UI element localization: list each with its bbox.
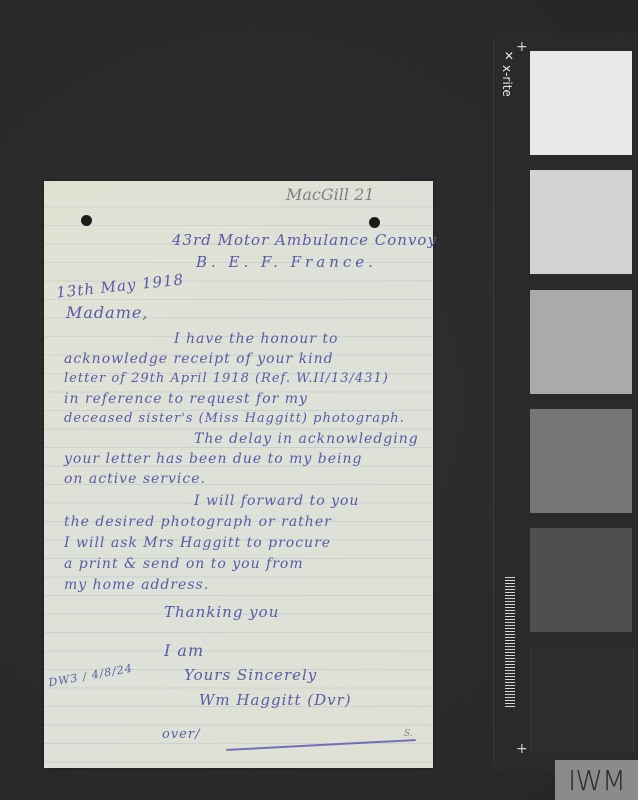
- gray-patch-1: [530, 51, 632, 155]
- crosshair-icon: +: [516, 39, 528, 55]
- xrite-brand: ✕ x-rite: [500, 47, 520, 127]
- letter-closing-i-am: I am: [164, 641, 204, 660]
- page-mark: S.: [404, 729, 413, 739]
- xrite-logo-icon: ✕: [504, 49, 514, 63]
- gray-patch-4: [530, 409, 632, 513]
- body-line: my home address.: [64, 577, 209, 593]
- body-line: I will forward to you: [194, 493, 359, 509]
- body-line: on active service.: [64, 471, 206, 487]
- punch-hole-right: [369, 217, 380, 228]
- color-checker-card: ✕ x-rite + +: [493, 33, 638, 773]
- letter-sheet: MacGill 21 43rd Motor Ambulance Convoy B…: [44, 181, 433, 768]
- gray-patch-5: [530, 528, 632, 632]
- letter-header-location: B. E. F. France.: [196, 253, 377, 271]
- xrite-brand-text: x-rite: [500, 65, 514, 97]
- margin-note: DW3 / 4/8/24: [48, 662, 134, 690]
- body-line: your letter has been due to my being: [64, 451, 363, 467]
- body-line: a print & send on to you from: [64, 556, 304, 572]
- letter-signature: Wm Haggitt (Dvr): [199, 691, 352, 709]
- letter-header-unit: 43rd Motor Ambulance Convoy: [172, 231, 437, 249]
- punch-hole-left: [81, 215, 92, 226]
- over-note: over/: [162, 727, 200, 742]
- gray-patch-2: [530, 170, 632, 274]
- body-line: acknowledge receipt of your kind: [64, 351, 334, 367]
- gray-patch-6: [530, 647, 634, 751]
- body-line: letter of 29th April 1918 (Ref. W.II/13/…: [64, 371, 389, 386]
- crosshair-icon: +: [516, 741, 528, 757]
- flourish-line: [226, 739, 416, 751]
- letter-closing-yours: Yours Sincerely: [184, 666, 317, 684]
- body-line: the desired photograph or rather: [64, 514, 332, 530]
- iwm-watermark: IWM: [555, 760, 638, 800]
- archive-label: MacGill 21: [286, 185, 374, 204]
- letter-closing-thanks: Thanking you: [164, 603, 279, 621]
- scale-ruler: [505, 577, 515, 709]
- letter-salutation: Madame,: [66, 303, 148, 322]
- body-line: I have the honour to: [174, 331, 338, 347]
- gray-patch-3: [530, 290, 632, 394]
- body-line: I will ask Mrs Haggitt to procure: [64, 535, 331, 551]
- body-line: deceased sister's (Miss Haggitt) photogr…: [64, 411, 405, 426]
- body-line: in reference to request for my: [64, 391, 308, 407]
- body-line: The delay in acknowledging: [194, 431, 419, 447]
- letter-date: 13th May 1918: [55, 270, 184, 301]
